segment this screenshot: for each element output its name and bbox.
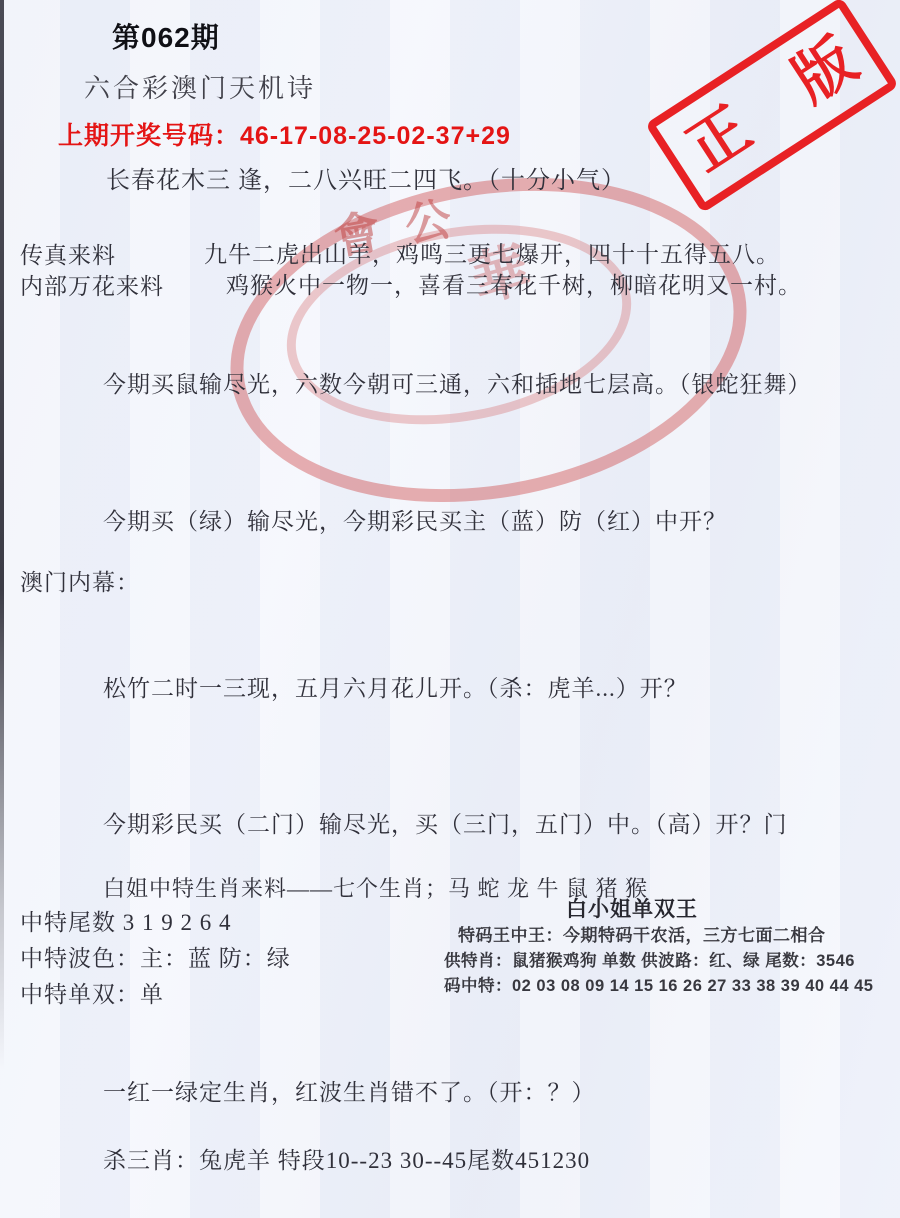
fax-text: 九牛二虎出山羊，鸡鸣三更七爆开，四十十五得五八。 [204, 236, 780, 269]
stamp-char-zheng: 正 [678, 98, 761, 181]
tip-mouse-line: 今期买鼠输尽光，六数今朝可三通，六和插地七层高。（银蛇狂舞） [103, 366, 812, 399]
scan-edge-artifact [0, 0, 4, 1070]
lady-white-header: 白小姐单双王 [566, 893, 698, 923]
kill-three-zodiac-line: 杀三肖：兔虎羊 特段10--23 30--45尾数451230 [103, 1142, 590, 1175]
macau-insider-label: 澳门内幕： [20, 564, 140, 597]
zodiac-wave-line: 供特肖：鼠猪猴鸡狗 单数 供波路：红、绿 尾数：3546 [444, 947, 855, 971]
odd-even-line: 中特单双：单 [20, 976, 164, 1009]
internal-text: 鸡猴火中一物一，喜看三春花千树，柳暗花明又一村。 [226, 267, 802, 300]
special-code-king-line: 特码王中王：今期特码干农活，三方七面二相合 [458, 921, 826, 946]
issue-number: 第062期 [112, 16, 220, 56]
tip-green-line: 今期买（绿）输尽光，今期彩民买主（蓝）防（红）中开？ [103, 503, 727, 536]
code-numbers-line: 码中特：02 03 08 09 14 15 16 26 27 33 38 39 … [444, 972, 873, 996]
last-draw-numbers: 上期开奖号码：46-17-08-25-02-37+29 [58, 116, 511, 152]
red-green-tip-line: 一红一绿定生肖，红波生肖错不了。（开：？） [103, 1074, 596, 1107]
fax-label: 传真来料 [20, 237, 116, 270]
tail-numbers-line: 中特尾数 3 1 9 2 6 4 [20, 904, 232, 937]
wave-color-line: 中特波色：主：蓝 防：绿 [20, 940, 291, 973]
scanned-lottery-sheet: 會公 華 正 版 第062期 六合彩澳门天机诗 上期开奖号码：46-17-08-… [0, 0, 900, 1218]
genuine-stamp: 正 版 [645, 0, 899, 213]
stamp-char-ban: 版 [783, 29, 866, 112]
poem-line: 长春花木三 逢，二八兴旺二四飞。（十分小气） [106, 160, 626, 195]
internal-label: 内部万花来料 [20, 268, 164, 301]
page-title: 六合彩澳门天机诗 [84, 68, 316, 105]
tip-doors-line: 今期彩民买（二门）输尽光，买（三门，五门）中。（高）开？门 [103, 806, 788, 839]
tip-pine-line: 松竹二时一三现，五月六月花儿开。（杀：虎羊...）开？ [103, 670, 688, 703]
